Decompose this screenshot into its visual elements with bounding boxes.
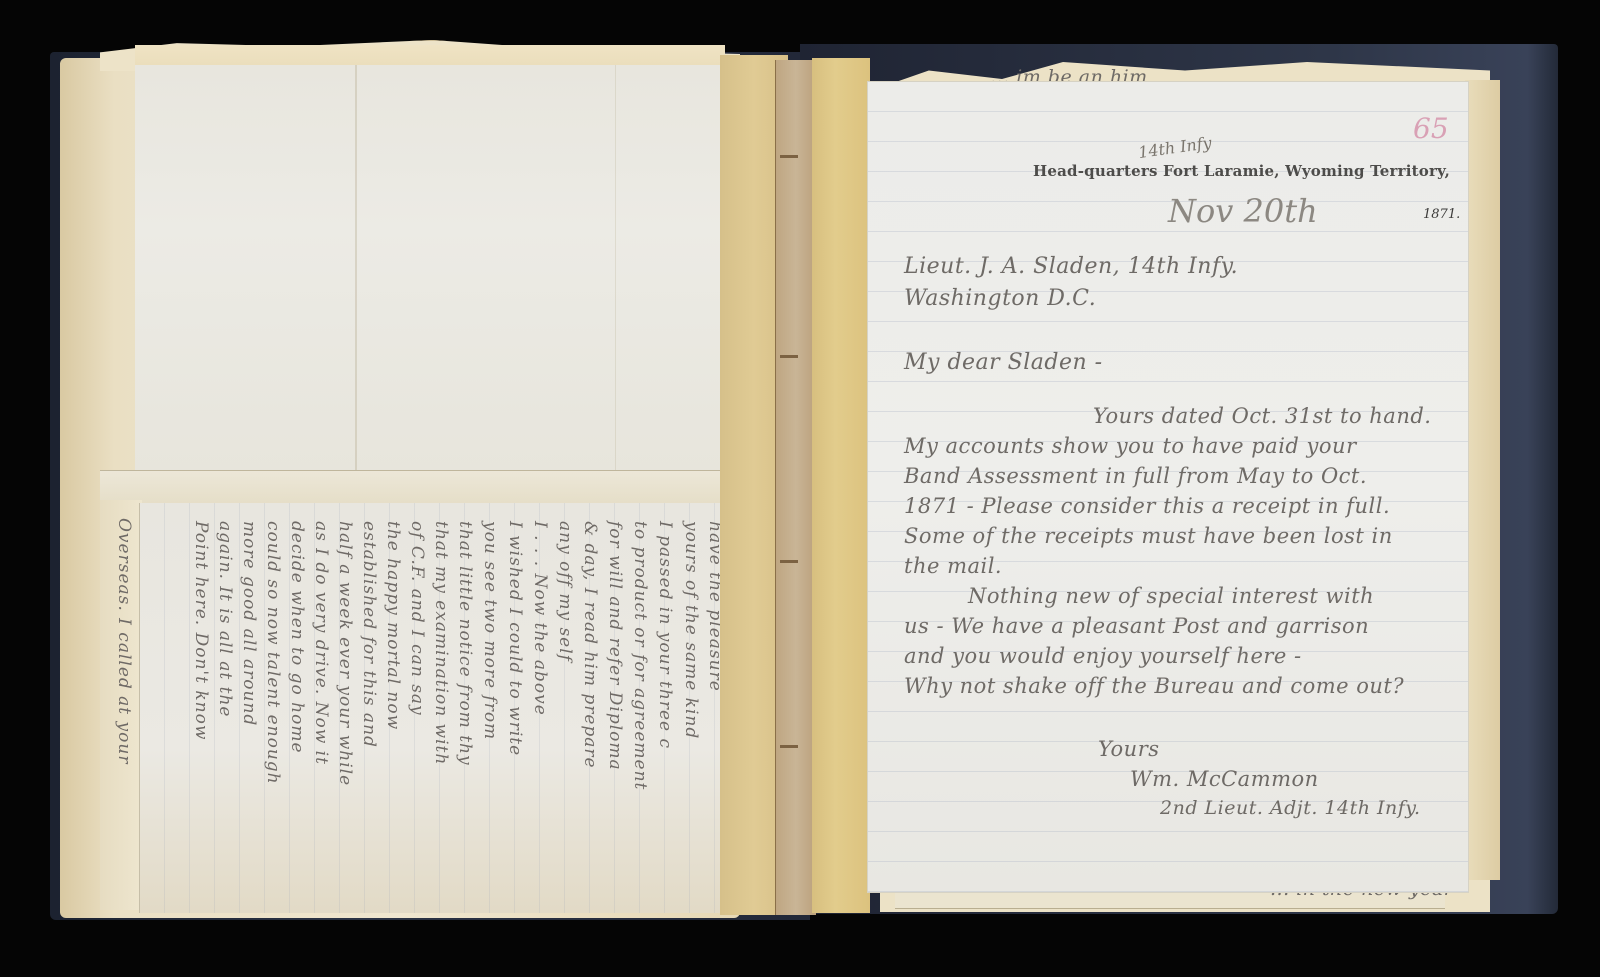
fold-line (355, 65, 357, 475)
folio-number: 65 (1413, 112, 1449, 145)
fold-line (615, 65, 616, 475)
body-line: Some of the receipts must have been lost… (904, 524, 1393, 548)
body-line: Yours dated Oct. 31st to hand. (1093, 404, 1431, 428)
rotated-line: I passed in your three c (656, 521, 673, 749)
left-blank-sheet (135, 65, 725, 475)
signature: Wm. McCammon (1130, 767, 1319, 791)
letter-date: Nov 20th (1168, 192, 1318, 230)
rotated-line: that my examination with (432, 521, 449, 765)
rotated-line: more good all around (240, 521, 257, 726)
body-line: 1871 - Please consider this a receipt in… (904, 494, 1390, 518)
body-line: Nothing new of special interest with (968, 584, 1374, 608)
letter-year: 1871. (1423, 207, 1460, 222)
rotated-line: again. It is all at the (216, 521, 233, 718)
rotated-line: could so now talent enough (264, 521, 281, 785)
body-line: us - We have a pleasant Post and garriso… (904, 614, 1369, 638)
right-page-edges (1465, 80, 1500, 880)
rotated-line: decide when to go home (288, 521, 305, 754)
rotated-line: half a week ever your while (336, 521, 353, 786)
rotated-line: yours of the same kind (682, 521, 699, 739)
letterhead-insert: 14th Infy (1137, 133, 1213, 162)
rotated-line: you see two more from (481, 521, 498, 740)
salutation: My dear Sladen - (904, 350, 1103, 375)
rotated-line: of C.F. and I can say (408, 521, 425, 716)
rotated-line: to product or for agreement (631, 521, 648, 790)
rotated-line: & day, I read him prepare (581, 521, 598, 769)
body-line: the mail. (904, 554, 1002, 578)
addressee-line-2: Washington D.C. (904, 286, 1096, 311)
body-line: and you would enjoy yourself here - (904, 644, 1302, 668)
binding-stitch (780, 155, 798, 158)
rotated-line: I wished I could to write (506, 521, 523, 756)
binding-stitch (780, 560, 798, 563)
left-rotated-letter: have the pleasure yours of the same kind… (140, 503, 728, 913)
left-letter-margin-note: Overseas. I called at your (100, 500, 142, 910)
binding-tape-right (812, 58, 870, 913)
rotated-line: established for this and (360, 521, 377, 748)
rotated-line: I . . . Now the above (531, 521, 548, 716)
rotated-line: that little notice from thy (456, 521, 473, 766)
closing: Yours (1098, 737, 1160, 761)
rotated-line: for will and refer Diploma (606, 521, 623, 771)
signature-title: 2nd Lieut. Adjt. 14th Infy. (1160, 797, 1421, 819)
fort-laramie-letter: 65 14th Infy Head-quarters Fort Laramie,… (868, 82, 1468, 892)
margin-note-text: Overseas. I called at your (115, 518, 132, 764)
body-line: My accounts show you to have paid your (904, 434, 1357, 458)
rotated-line: as I do very drive. Now it (312, 521, 329, 765)
body-line: Why not shake off the Bureau and come ou… (904, 674, 1404, 698)
letterhead: Head-quarters Fort Laramie, Wyoming Terr… (1033, 162, 1450, 180)
binding-stitch (780, 355, 798, 358)
rotated-line: the happy mortal now (384, 521, 401, 730)
binding-stitch (780, 745, 798, 748)
book-spine (775, 60, 816, 915)
addressee-line-1: Lieut. J. A. Sladen, 14th Infy. (904, 254, 1238, 279)
body-line: Band Assessment in full from May to Oct. (904, 464, 1367, 488)
rotated-line: Point here. Don't know (192, 521, 209, 740)
rotated-line: any off my self (556, 521, 573, 662)
